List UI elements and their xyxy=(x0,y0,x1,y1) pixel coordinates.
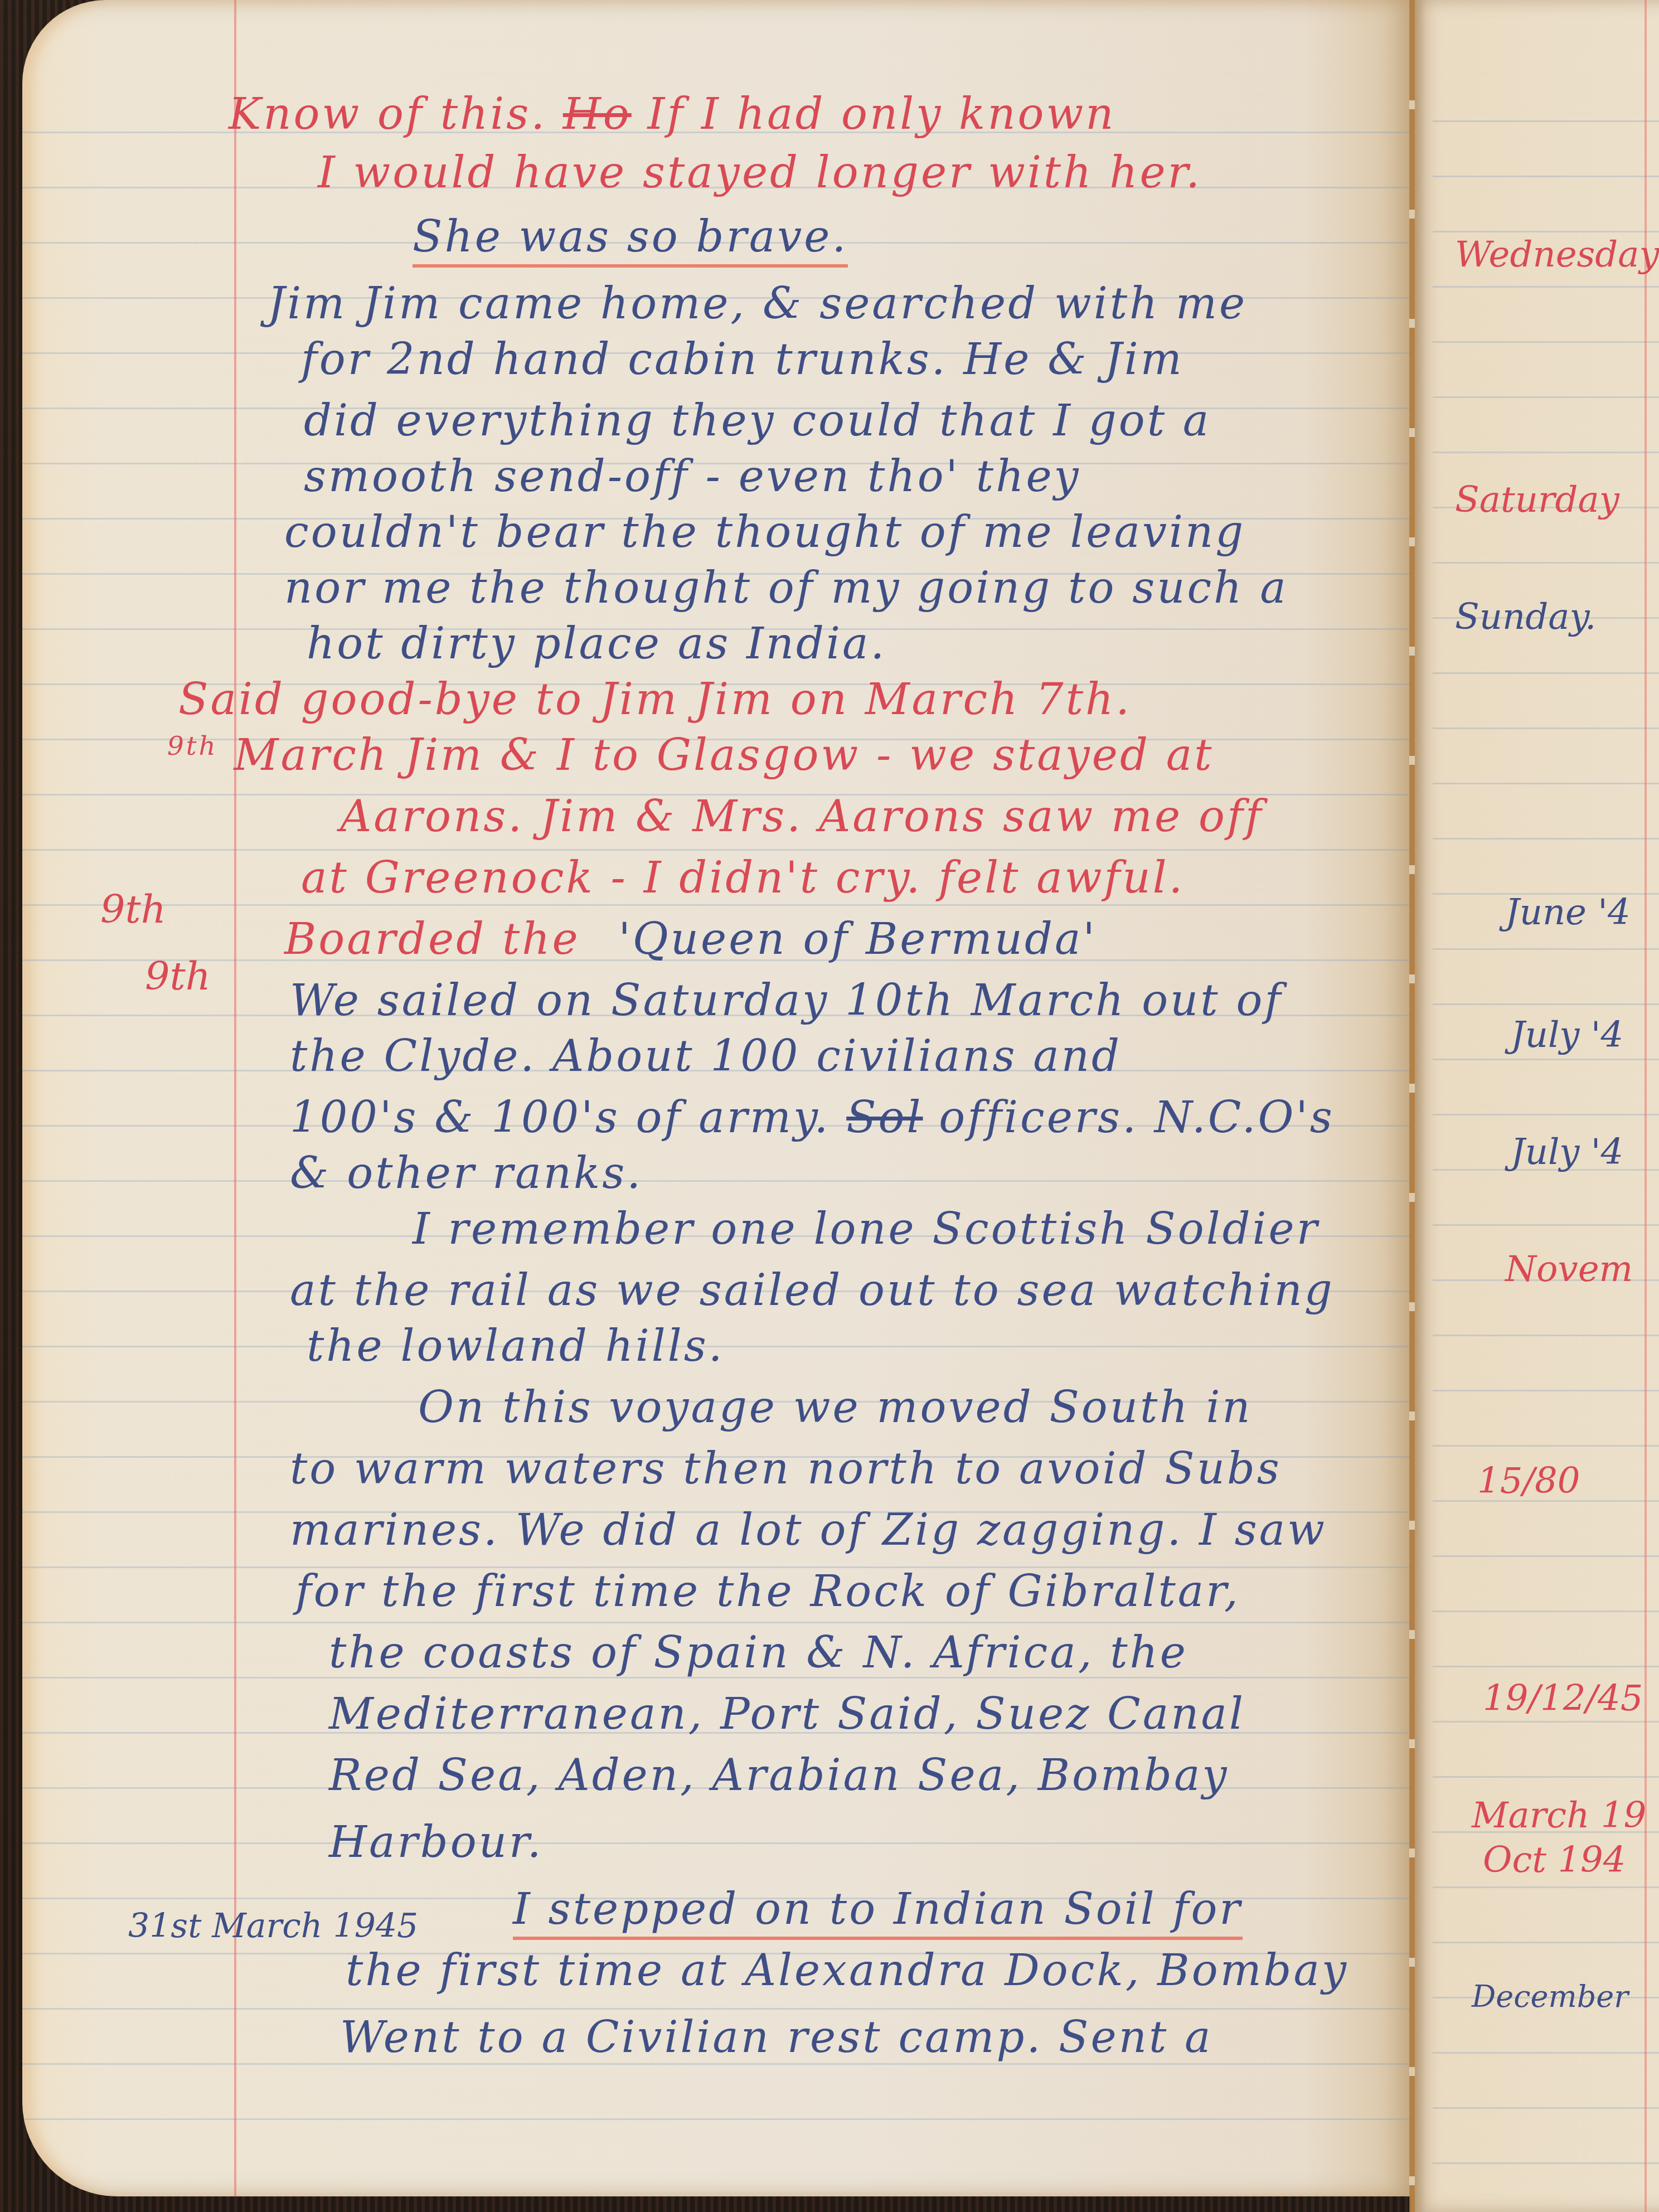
margin-rule xyxy=(1645,0,1647,2212)
diary-line: Know of this. Ho If I had only known xyxy=(229,89,1116,139)
diary-line: Said good-bye to Jim Jim on March 7th. xyxy=(178,675,1132,725)
right-page-entry: Oct 194 xyxy=(1483,1840,1626,1881)
diary-line: Aarons. Jim & Mrs. Aarons saw me off xyxy=(340,792,1264,842)
diary-line: for 2nd hand cabin trunks. He & Jim xyxy=(301,334,1184,385)
diary-line: the lowland hills. xyxy=(307,1321,725,1371)
diary-line: Mediterranean, Port Said, Suez Canal xyxy=(329,1689,1245,1739)
diary-line: Jim Jim came home, & searched with me xyxy=(268,279,1247,329)
diary-line: I remember one lone Scottish Soldier xyxy=(413,1204,1320,1254)
diary-line: the coasts of Spain & N. Africa, the xyxy=(329,1628,1188,1678)
diary-line: 100's & 100's of army. Sol officers. N.C… xyxy=(290,1093,1335,1143)
diary-line: did everything they could that I got a xyxy=(304,396,1211,446)
right-page-entry: July '4 xyxy=(1511,1015,1623,1056)
right-page-entry: July '4 xyxy=(1511,1132,1623,1173)
diary-line: nor me the thought of my going to such a xyxy=(284,563,1288,613)
right-page-entry: March 19 xyxy=(1472,1795,1646,1836)
diary-line: the first time at Alexandra Dock, Bombay xyxy=(346,1946,1348,1996)
diary-line: We sailed on Saturday 10th March out of xyxy=(290,976,1283,1026)
right-page-entry: Saturday xyxy=(1455,479,1619,521)
diary-line: at the rail as we sailed out to sea watc… xyxy=(290,1265,1335,1316)
diary-line: to warm waters then north to avoid Subs xyxy=(290,1444,1282,1494)
diary-line: Harbour. xyxy=(329,1817,543,1867)
right-page-entry: June '4 xyxy=(1505,892,1631,933)
right-page-entry: Sunday. xyxy=(1455,596,1596,638)
diary-line: I would have stayed longer with her. xyxy=(318,148,1202,198)
diary-line: I stepped on to Indian Soil for xyxy=(513,1884,1243,1934)
notebook-spread: Know of this. Ho If I had only known I w… xyxy=(0,0,1659,2212)
diary-line: for the first time the Rock of Gibraltar… xyxy=(295,1566,1240,1617)
right-page-entry: Wednesday xyxy=(1455,234,1659,275)
margin-note: 9th xyxy=(145,953,211,999)
right-page-entry: 19/12/45 xyxy=(1483,1678,1643,1719)
diary-line: 9th March Jim & I to Glasgow - we stayed… xyxy=(167,730,1214,780)
margin-note-date: 31st March 1945 xyxy=(128,1907,418,1946)
diary-line: hot dirty place as India. xyxy=(307,619,886,669)
margin-rule xyxy=(234,0,236,2196)
margin-note: 9th xyxy=(100,886,166,932)
right-page-entry: December xyxy=(1472,1979,1628,2014)
binding-stitch xyxy=(1409,0,1415,2212)
diary-line: On this voyage we moved South in xyxy=(418,1382,1253,1433)
right-page-entry: 15/80 xyxy=(1477,1461,1580,1502)
diary-line: Red Sea, Aden, Arabian Sea, Bombay xyxy=(329,1750,1229,1801)
diary-line: the Clyde. About 100 civilians and xyxy=(290,1031,1122,1081)
diary-line: smooth send-off - even tho' they xyxy=(304,452,1081,502)
diary-line: Went to a Civilian rest camp. Sent a xyxy=(340,2012,1213,2063)
diary-line: marines. We did a lot of Zig zagging. I … xyxy=(290,1505,1327,1555)
diary-line: & other ranks. xyxy=(290,1148,643,1199)
diary-line: couldn't bear the thought of me leaving xyxy=(284,507,1245,557)
diary-line: at Greenock - I didn't cry. felt awful. xyxy=(301,853,1185,903)
diary-line: She was so brave. xyxy=(413,212,848,262)
right-page-entry: Novem xyxy=(1505,1249,1633,1290)
diary-line: Boarded the 'Queen of Bermuda' xyxy=(284,914,1097,964)
